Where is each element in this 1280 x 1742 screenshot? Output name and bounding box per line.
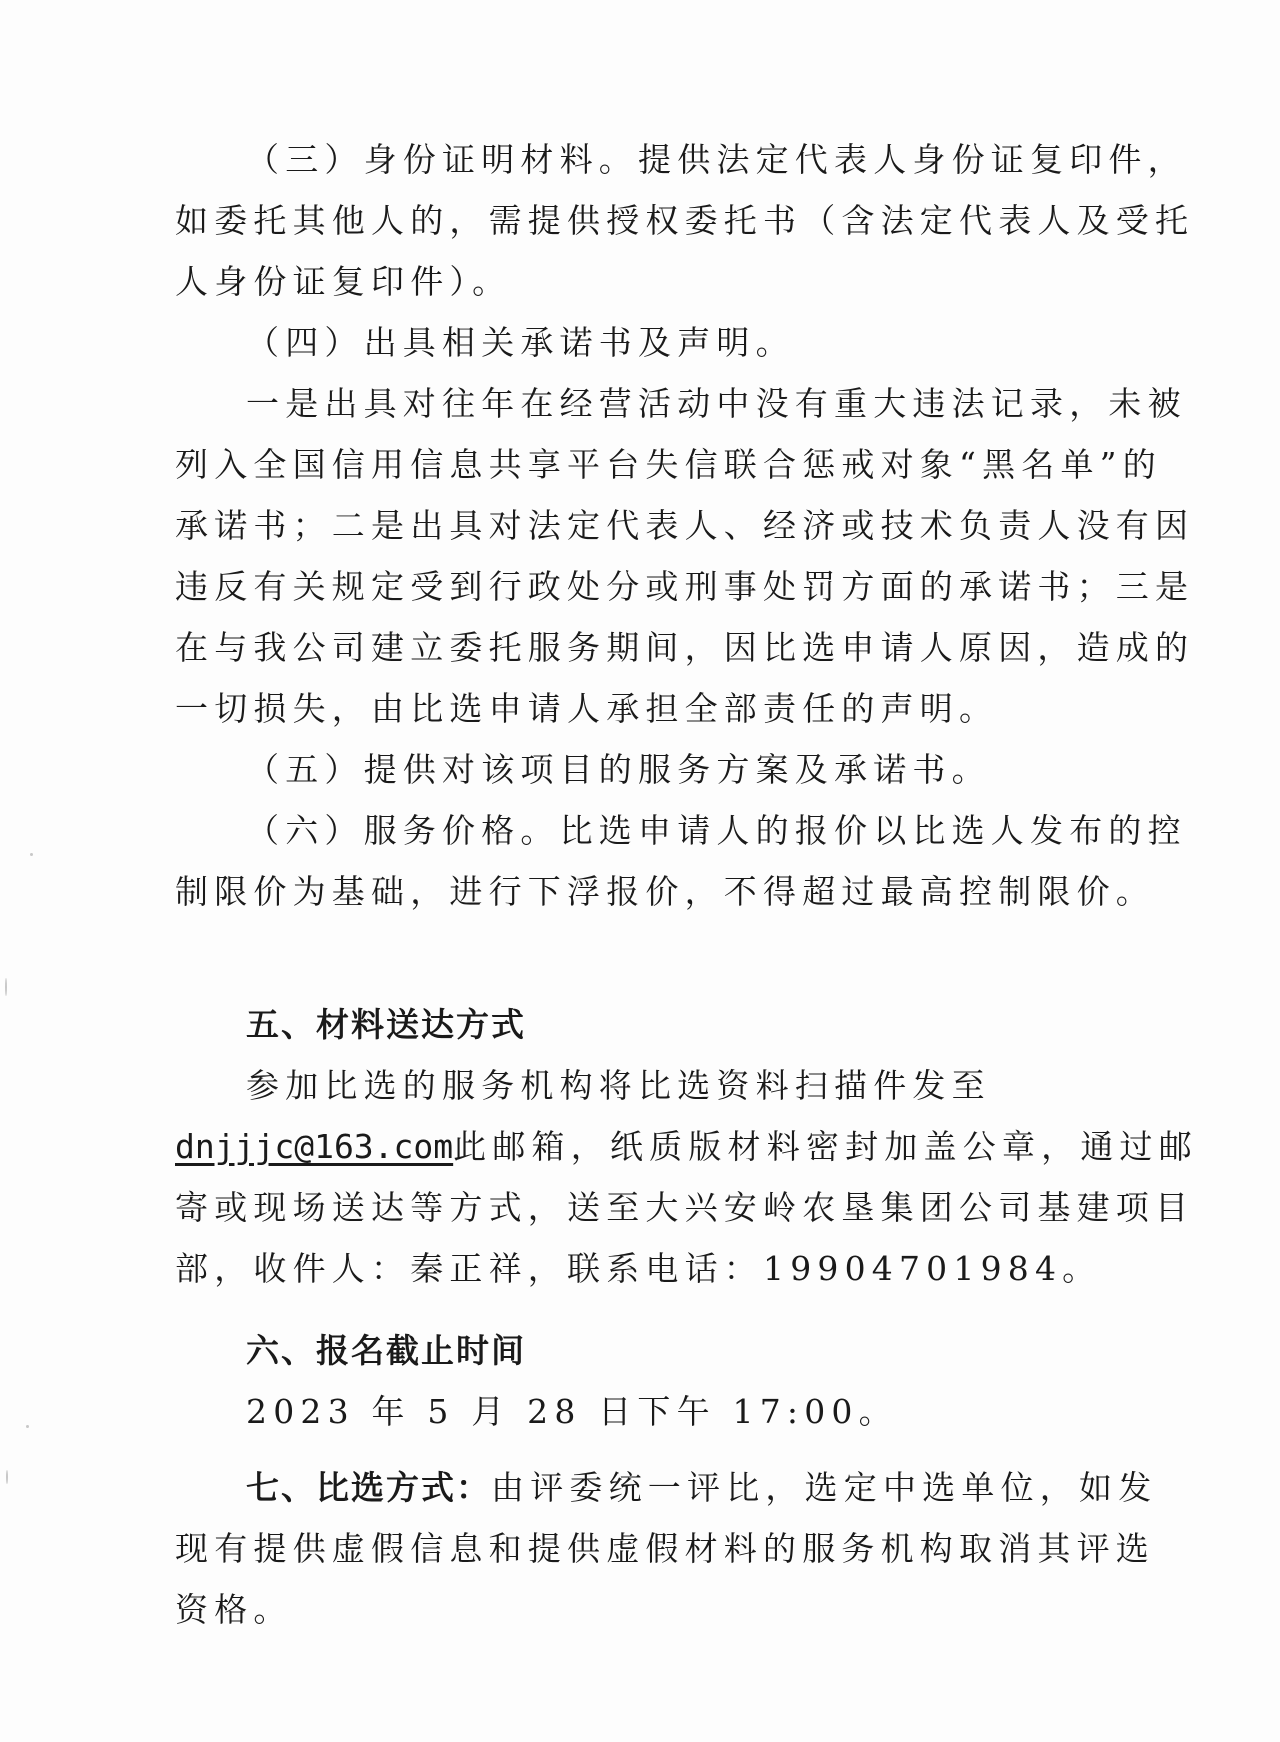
- section-7-line-2: 现有提供虚假信息和提供虚假材料的服务机构取消其评选: [175, 1529, 1155, 1569]
- paragraph-service-price-line-1: （六）服务价格。比选申请人的报价以比选人发布的控: [246, 811, 1187, 851]
- email-link[interactable]: dnjjjc@163.com: [175, 1127, 453, 1166]
- paragraph-commitment-line-2: 列入全国信用信息共享平台失信联合惩戒对象“黑名单”的: [175, 445, 1162, 485]
- scan-speck: [6, 1470, 8, 1484]
- section-5-line-3: 寄或现场送达等方式，送至大兴安岭农垦集团公司基建项目: [175, 1188, 1194, 1228]
- paragraph-identity-line-1: （三）身份证明材料。提供法定代表人身份证复印件，: [246, 140, 1187, 180]
- section-5-line-4: 部，收件人：秦正祥，联系电话：19904701984。: [175, 1249, 1101, 1289]
- paragraph-commitment-line-3: 承诺书；二是出具对法定代表人、经济或技术负责人没有因: [175, 506, 1194, 546]
- paragraph-commitment-line-6: 一切损失，由比选申请人承担全部责任的声明。: [175, 689, 998, 729]
- section-7-line-3: 资格。: [175, 1590, 293, 1630]
- section-5-line-1: 参加比选的服务机构将比选资料扫描件发至: [246, 1066, 991, 1106]
- paragraph-identity-line-3: 人身份证复印件）。: [175, 262, 511, 302]
- scan-speck: [26, 1425, 29, 1428]
- paragraph-commitment-line-5: 在与我公司建立委托服务期间，因比选申请人原因，造成的: [175, 628, 1194, 668]
- paragraph-identity-line-2: 如委托其他人的，需提供授权委托书（含法定代表人及受托: [175, 201, 1194, 241]
- section-7-heading: 七、比选方式：: [246, 1468, 491, 1507]
- paragraph-commitment-heading: （四）出具相关承诺书及声明。: [246, 323, 795, 363]
- section-7-line-1: 七、比选方式：由评委统一评比，选定中选单位，如发: [246, 1468, 1157, 1508]
- scan-speck: [30, 853, 33, 856]
- section-6-heading: 六、报名截止时间: [246, 1331, 526, 1371]
- document-page: （三）身份证明材料。提供法定代表人身份证复印件， 如委托其他人的，需提供授权委托…: [0, 0, 1280, 1742]
- paragraph-service-plan: （五）提供对该项目的服务方案及承诺书。: [246, 750, 991, 790]
- paragraph-commitment-line-4: 违反有关规定受到行政处分或刑事处罚方面的承诺书；三是: [175, 567, 1194, 607]
- section-6-deadline: 2023 年 5 月 28 日下午 17:00。: [246, 1392, 898, 1432]
- paragraph-commitment-line-1: 一是出具对往年在经营活动中没有重大违法记录，未被: [246, 384, 1187, 424]
- section-5-line-2-text: 此邮箱，纸质版材料密封加盖公章，通过邮: [453, 1127, 1198, 1166]
- paragraph-service-price-line-2: 制限价为基础，进行下浮报价，不得超过最高控制限价。: [175, 872, 1155, 912]
- section-5-heading: 五、材料送达方式: [246, 1005, 526, 1045]
- section-7-line-1-text: 由评委统一评比，选定中选单位，如发: [491, 1468, 1157, 1507]
- scan-speck: [5, 978, 7, 996]
- section-5-line-2: dnjjjc@163.com此邮箱，纸质版材料密封加盖公章，通过邮: [175, 1127, 1198, 1167]
